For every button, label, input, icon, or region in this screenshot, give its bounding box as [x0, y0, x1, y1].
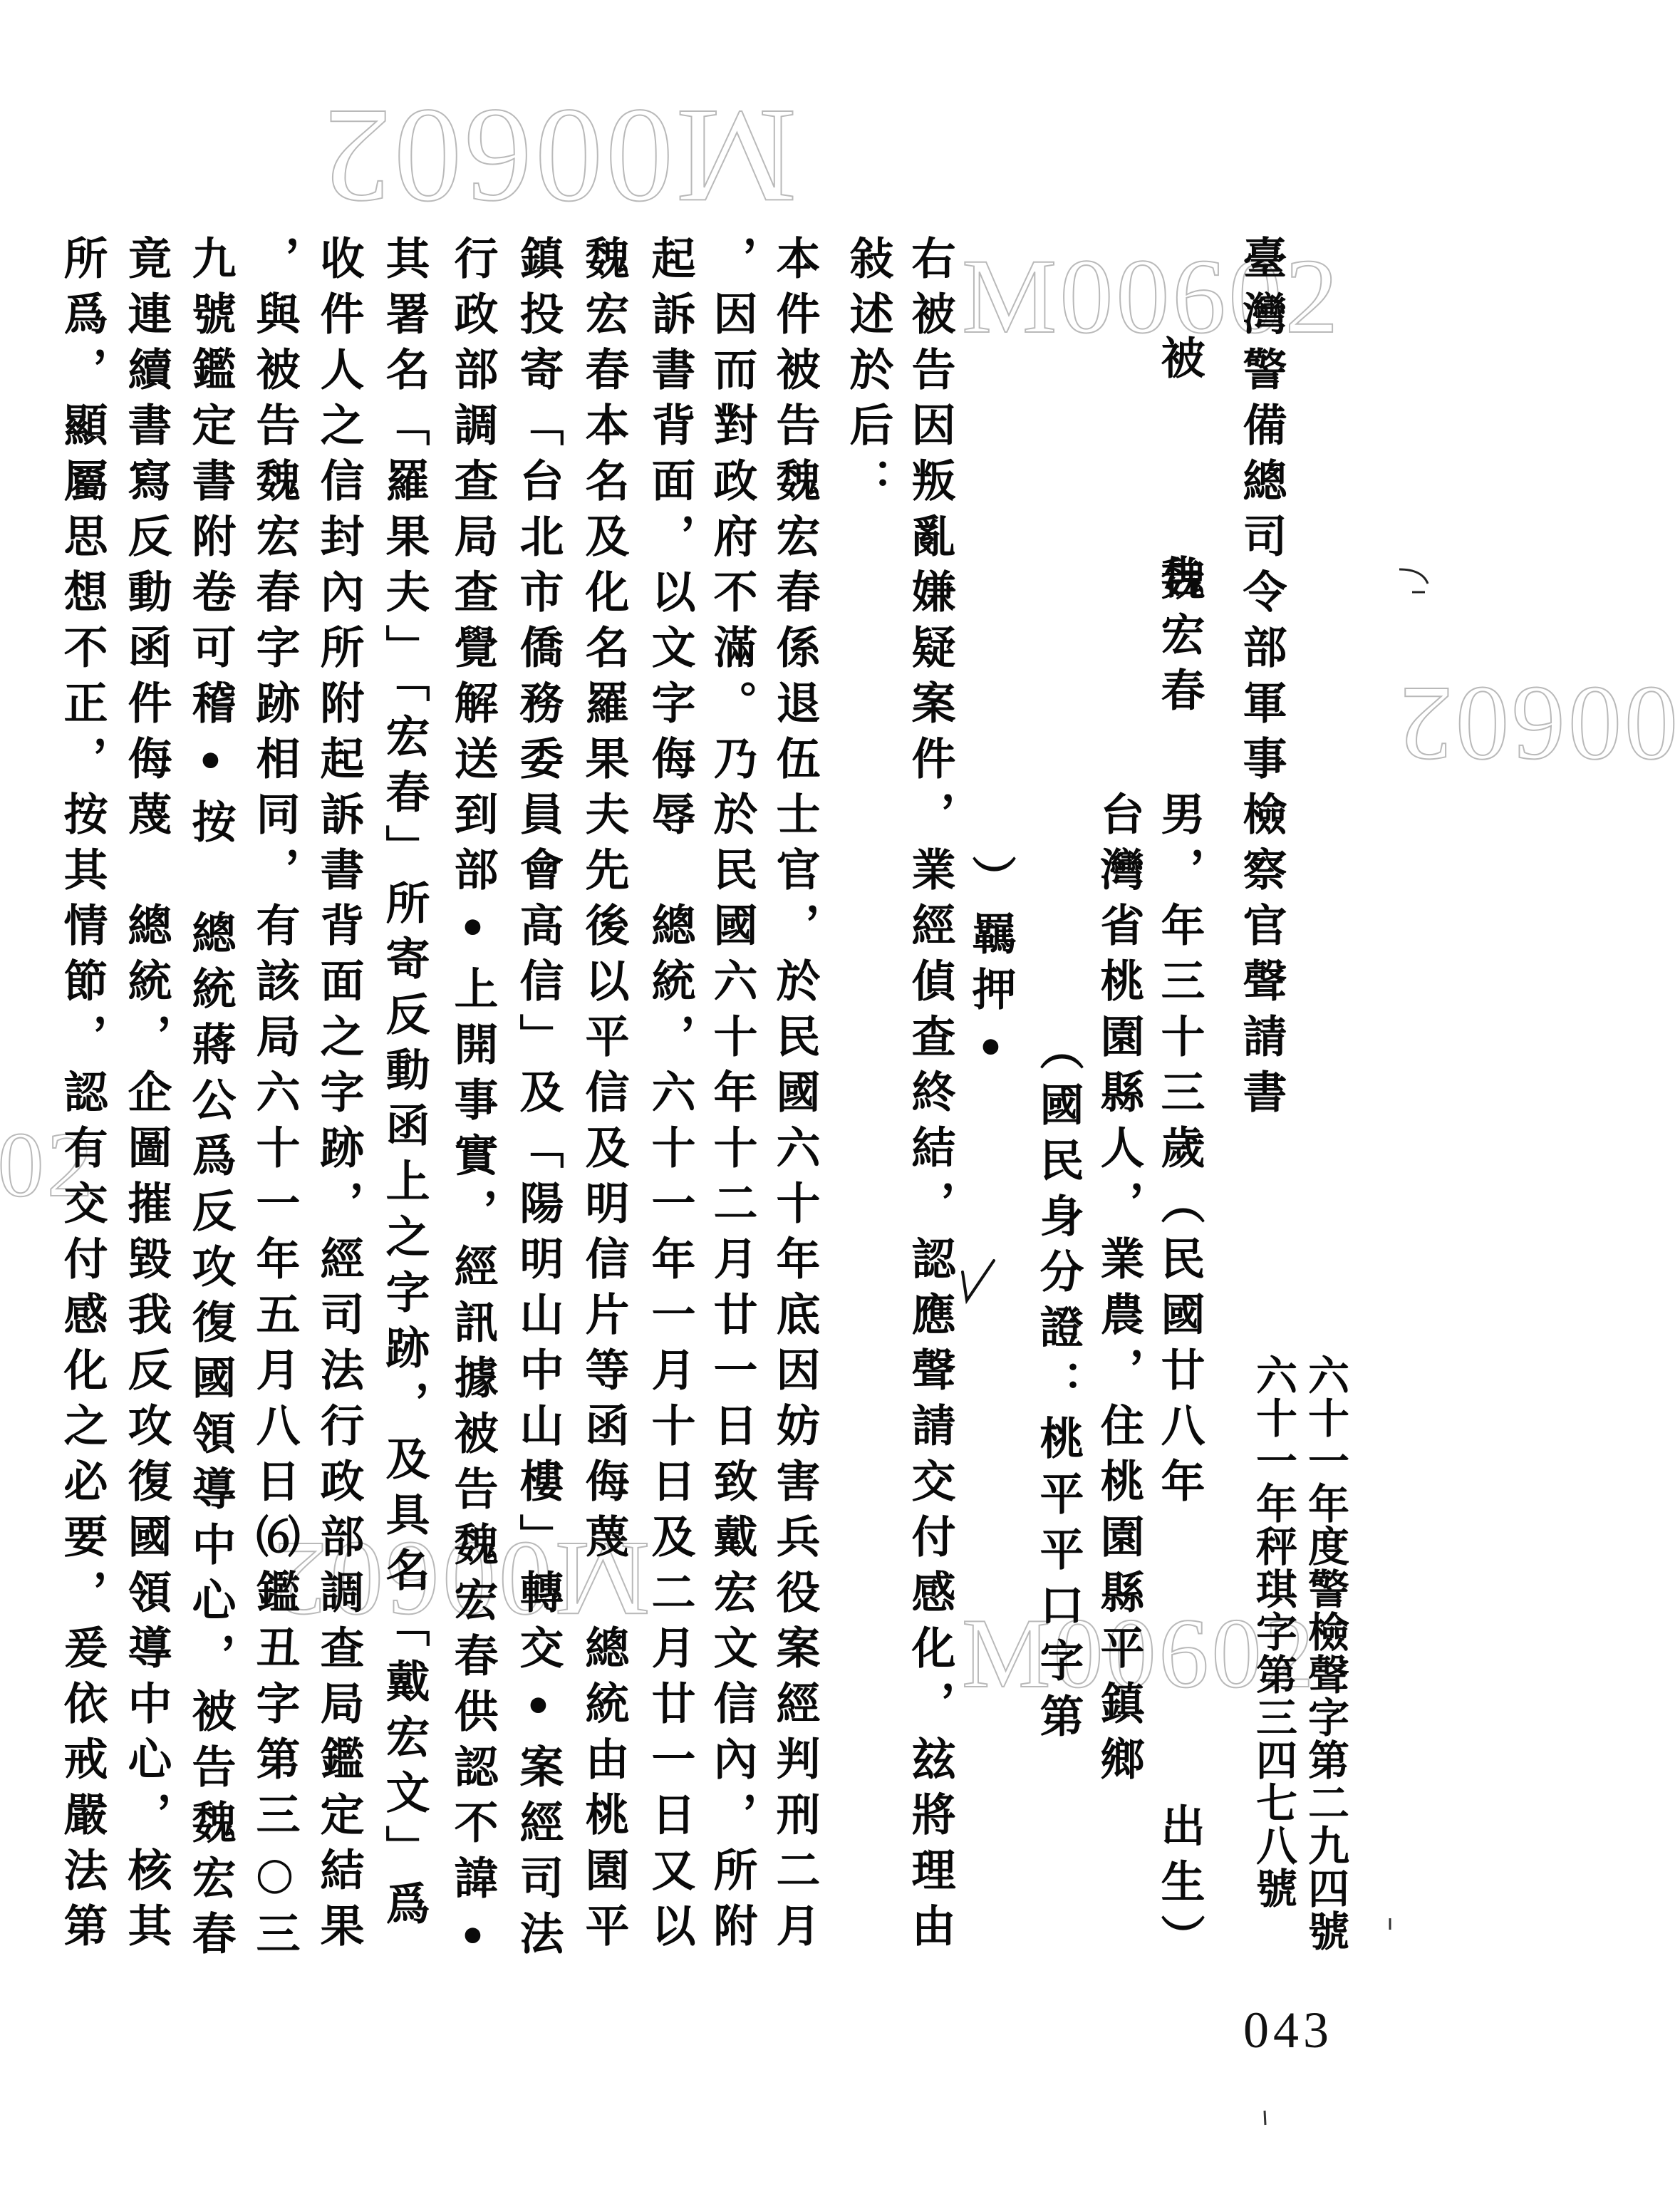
page-number: 043 [1243, 2001, 1333, 2060]
defendant-name: 魏宏春 [1154, 556, 1204, 723]
margin-bracket-mark [1396, 566, 1432, 595]
document-title: 臺灣警備總司令部軍事檢察官聲請書 [1236, 235, 1286, 1124]
defendant-origin: 台灣省桃園縣人，業農，住桃園縣平鎮鄉 [1094, 791, 1144, 1791]
archive-stamp-top-mirrored: M00602 [321, 78, 797, 234]
body-column-4: ，因而對政府不滿。乃於民國六十年十二月廿一日致戴宏文信內，所附 [707, 235, 757, 1958]
body-column-13: 竟連續書寫反動函件侮蔑 總統，企圖摧毀我反攻復國領導中心，核其 [121, 235, 171, 1958]
body-column-12: 九號鑑定書附卷可稽•按 總統蔣公爲反攻復國領導中心，被告魏宏春 [185, 235, 235, 1966]
body-column-14: 所爲，顯屬思想不正，按其情節，認有交付感化之必要，爰依戒嚴法第 [57, 235, 107, 1958]
body-column-1: 右被告因叛亂嫌疑案件，業經偵查終結，認應聲請交付感化，玆將理由 [905, 235, 955, 1958]
bottom-dot-mark [1261, 2109, 1268, 2126]
body-column-10: 收件人之信封內所附起訴書背面之字跡，經司法行政部調查局鑑定結果 [313, 235, 363, 1958]
handwritten-check-icon [958, 1258, 1001, 1308]
defendant-sex-age: 男，年三十三歲︵民國廿八年 [1154, 791, 1204, 1514]
case-number-primary: 六十一年度警檢聲字第二九四號 [1300, 1354, 1350, 1952]
body-column-2: 敍述於后： [843, 235, 893, 513]
body-column-7: 鎮投寄「台北市僑務委員會高信」及「陽明山中山樓」轉交•案經司法 [513, 235, 563, 1966]
archive-stamp-right-mirrored: M00602 [1396, 663, 1680, 785]
body-column-9: 其署名「羅果夫」「宏春」所寄反動函上之字跡，及具名「戴宏文」爲 [379, 235, 429, 1936]
defendant-birth-suffix: 出生︶ [1154, 1803, 1204, 1970]
body-column-8: 行政部調查局查覺解送到部•上開事實，經訊據被告魏宏春供認不諱• [447, 235, 497, 1974]
case-number-secondary: 六十一年秤琪字第三四七八號 [1248, 1354, 1298, 1910]
custody-note: ︶羈押• [965, 855, 1015, 1085]
body-column-11: ，與被告魏宏春字跡相同，有該局六十一年五月八日⑹鑑丑字第三○三 [249, 235, 299, 1966]
body-column-5: 起訴書背面，以文字侮辱 總統，六十一年一月十日及二月廿一日又以 [645, 235, 695, 1958]
defendant-id-number: ︵國民身分證：桃平平口字第 [1033, 1026, 1083, 1749]
body-column-6: 魏宏春本名及化名羅果夫先後以平信及明信片等函侮蔑 總統由桃園平 [579, 235, 628, 1958]
body-column-3: 本件被告魏宏春係退伍士官，於民國六十年底因妨害兵役案經判刑二月 [769, 235, 819, 1958]
margin-dot-mark [1386, 1917, 1394, 1931]
